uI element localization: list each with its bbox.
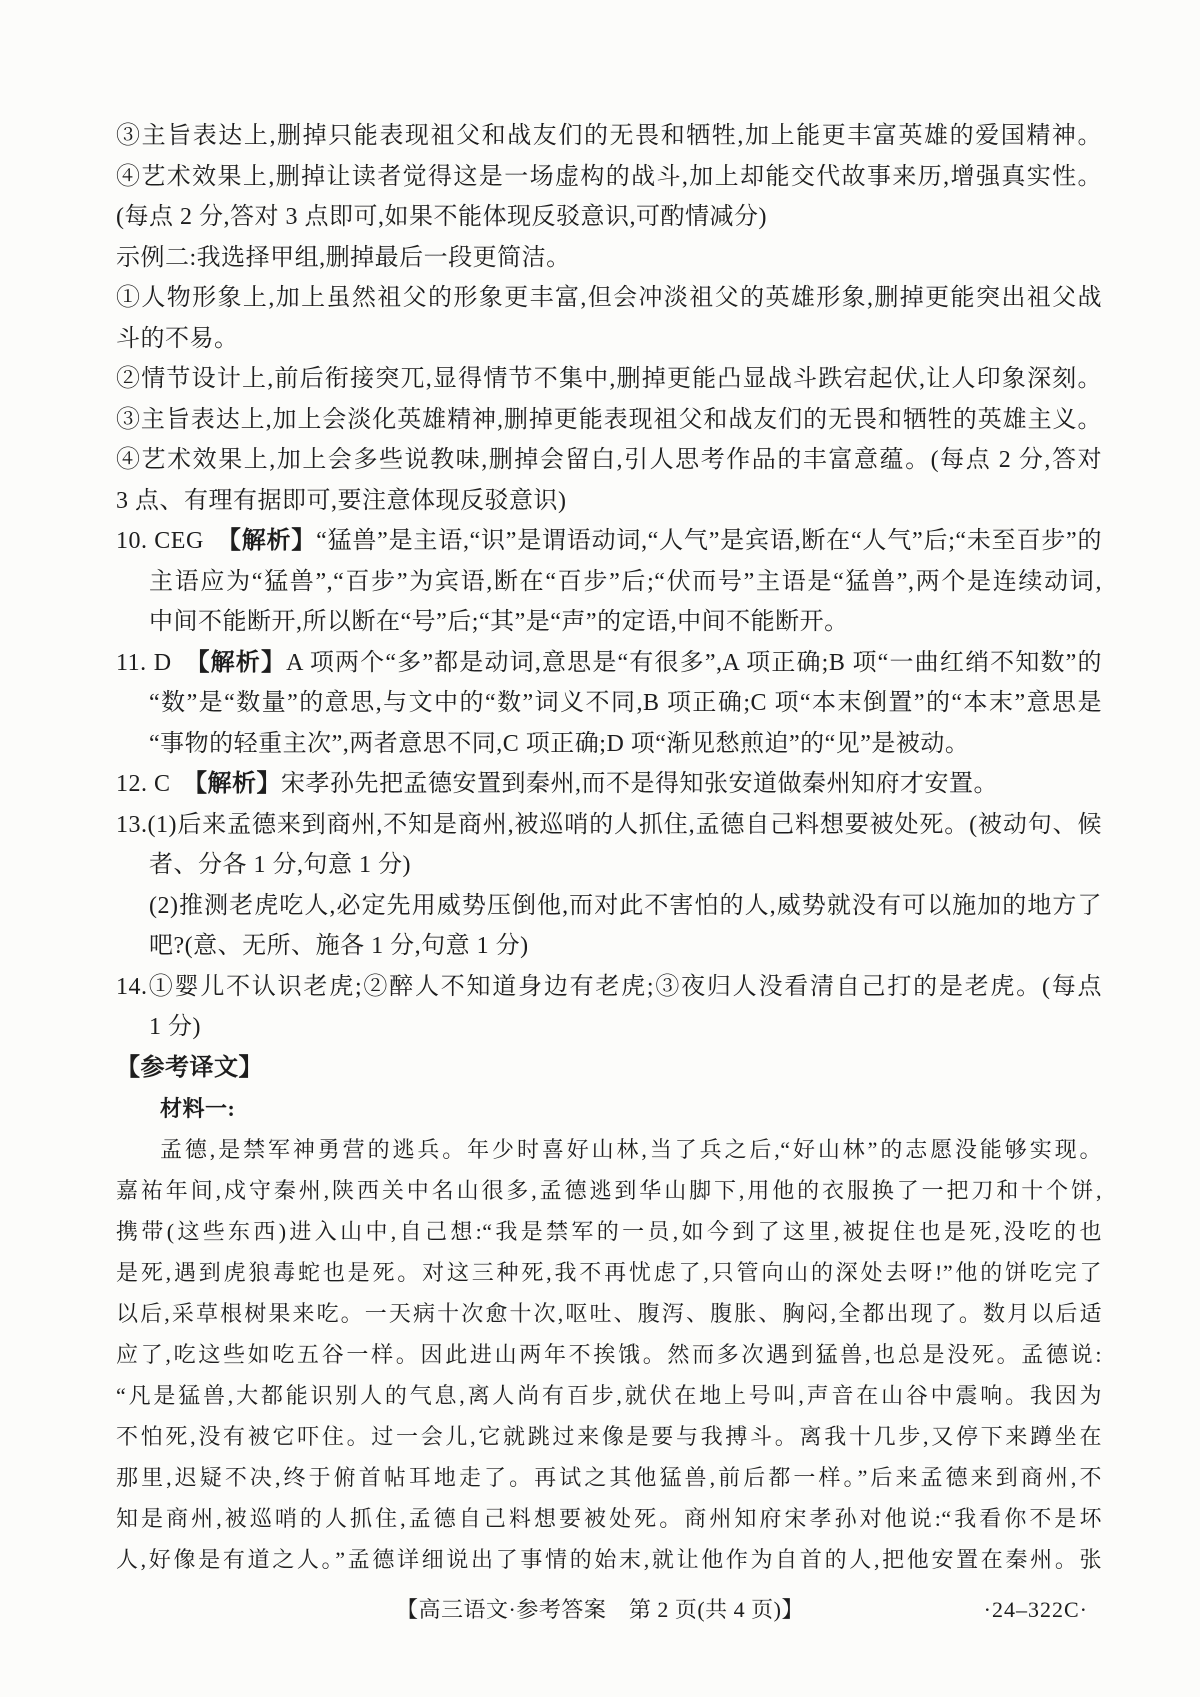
answer-line: 吧?(意、无所、施各 1 分,句意 1 分): [116, 926, 1102, 967]
translation-line: 那里,迟疑不决,终于俯首帖耳地走了。再试之其他猛兽,前后都一样。”后来孟德来到商…: [116, 1457, 1102, 1498]
answer-line: “数”是“数量”的意思,与文中的“数”词义不同,B 项正确;C 项“本末倒置”的…: [116, 683, 1102, 724]
translation-line: 携带(这些东西)进入山中,自己想:“我是禁军的一员,如今到了这里,被捉住也是死,…: [116, 1211, 1102, 1252]
translation-line: 嘉祐年间,戍守秦州,陕西关中名山很多,孟德逃到华山脚下,用他的衣服换了一把刀和十…: [116, 1170, 1102, 1211]
answer-line: ④艺术效果上,加上会多些说教味,删掉会留白,引人思考作品的丰富意蕴。(每点 2 …: [116, 440, 1102, 481]
answer-line: 主语应为“猛兽”,“百步”为宾语,断在“百步”后;“伏而号”主语是“猛兽”,两个…: [116, 562, 1102, 603]
translation-line: “凡是猛兽,大都能识别人的气息,离人尚有百步,就伏在地上号叫,声音在山谷中震响。…: [116, 1375, 1102, 1416]
translation-line: 孟德,是禁军神勇营的逃兵。年少时喜好山林,当了兵之后,“好山林”的志愿没能够实现…: [116, 1129, 1102, 1170]
answer-line: 13.(1)后来孟德来到商州,不知是商州,被巡哨的人抓住,孟德自己料想要被处死。…: [116, 805, 1102, 846]
answer-line: 者、分各 1 分,句意 1 分): [116, 845, 1102, 886]
answer-line: 12. C 【解析】宋孝孙先把孟德安置到秦州,而不是得知张安道做秦州知府才安置。: [116, 764, 1102, 805]
answer-line: ④艺术效果上,删掉让读者觉得这是一场虚构的战斗,加上却能交代故事来历,增强真实性…: [116, 157, 1102, 198]
answer-line: ③主旨表达上,加上会淡化英雄精神,删掉更能表现祖父和战友们的无畏和牺牲的英雄主义…: [116, 400, 1102, 441]
page-footer: 【高三语文·参考答案 第 2 页(共 4 页)】 ·24–322C·: [0, 1593, 1200, 1627]
answer-line: ②情节设计上,前后衔接突兀,显得情节不集中,删掉更能凸显战斗跌宕起伏,让人印象深…: [116, 359, 1102, 400]
answer-line: 14.①婴儿不认识老虎;②醉人不知道身边有老虎;③夜归人没看清自己打的是老虎。(…: [116, 967, 1102, 1008]
scanned-answer-page: { "colors": { "ink": "#1d1d1d", "paper":…: [0, 0, 1200, 1697]
footer-paper-code: ·24–322C·: [984, 1593, 1088, 1627]
answer-line: (2)推测老虎吃人,必定先用威势压倒他,而对此不害怕的人,威势就没有可以施加的地…: [116, 886, 1102, 927]
translation-line: 是死,遇到虎狼毒蛇也是死。对这三种死,我不再忧虑了,只管向山的深处去呀!”他的饼…: [116, 1252, 1102, 1293]
answer-line: 1 分): [116, 1007, 1102, 1048]
translation-line: 人,好像是有道之人。”孟德详细说出了事情的始末,就让他作为自首的人,把他安置在秦…: [116, 1539, 1102, 1580]
answer-line: 中间不能断开,所以断在“号”后;“其”是“声”的定语,中间不能断开。: [116, 602, 1102, 643]
material-heading: 材料一:: [116, 1088, 1102, 1129]
answer-line: (每点 2 分,答对 3 点即可,如果不能体现反驳意识,可酌情减分): [116, 197, 1102, 238]
translation-line: 应了,吃这些如吃五谷一样。因此进山两年不挨饿。然而多次遇到猛兽,也总是没死。孟德…: [116, 1334, 1102, 1375]
answer-line: 10. CEG 【解析】“猛兽”是主语,“识”是谓语动词,“人气”是宾语,断在“…: [116, 521, 1102, 562]
answer-line: 斗的不易。: [116, 319, 1102, 360]
answer-line: ①人物形象上,加上虽然祖父的形象更丰富,但会冲淡祖父的英雄形象,删掉更能突出祖父…: [116, 278, 1102, 319]
answer-line: “事物的轻重主次”,两者意思不同,C 项正确;D 项“渐见愁煎迫”的“见”是被动…: [116, 724, 1102, 765]
answer-line: ③主旨表达上,删掉只能表现祖父和战友们的无畏和牺牲,加上能更丰富英雄的爱国精神。: [116, 116, 1102, 157]
page-background: ③主旨表达上,删掉只能表现祖父和战友们的无畏和牺牲,加上能更丰富英雄的爱国精神。…: [0, 0, 1200, 1697]
content-lines: ③主旨表达上,删掉只能表现祖父和战友们的无畏和牺牲,加上能更丰富英雄的爱国精神。…: [116, 116, 1102, 1580]
answer-line: 3 点、有理有据即可,要注意体现反驳意识): [116, 481, 1102, 522]
translation-title: 【参考译文】: [116, 1048, 1102, 1089]
translation-line: 知是商州,被巡哨的人抓住,孟德自己料想要被处死。商州知府宋孝孙对他说:“我看你不…: [116, 1498, 1102, 1539]
answer-line: 11. D 【解析】A 项两个“多”都是动词,意思是“有很多”,A 项正确;B …: [116, 643, 1102, 684]
translation-line: 不怕死,没有被它吓住。过一会儿,它就跳过来像是要与我搏斗。离我十几步,又停下来蹲…: [116, 1416, 1102, 1457]
answer-line: 示例二:我选择甲组,删掉最后一段更简洁。: [116, 238, 1102, 279]
translation-line: 以后,采草根树果来吃。一天病十次愈十次,呕吐、腹泻、腹胀、胸闷,全都出现了。数月…: [116, 1293, 1102, 1334]
